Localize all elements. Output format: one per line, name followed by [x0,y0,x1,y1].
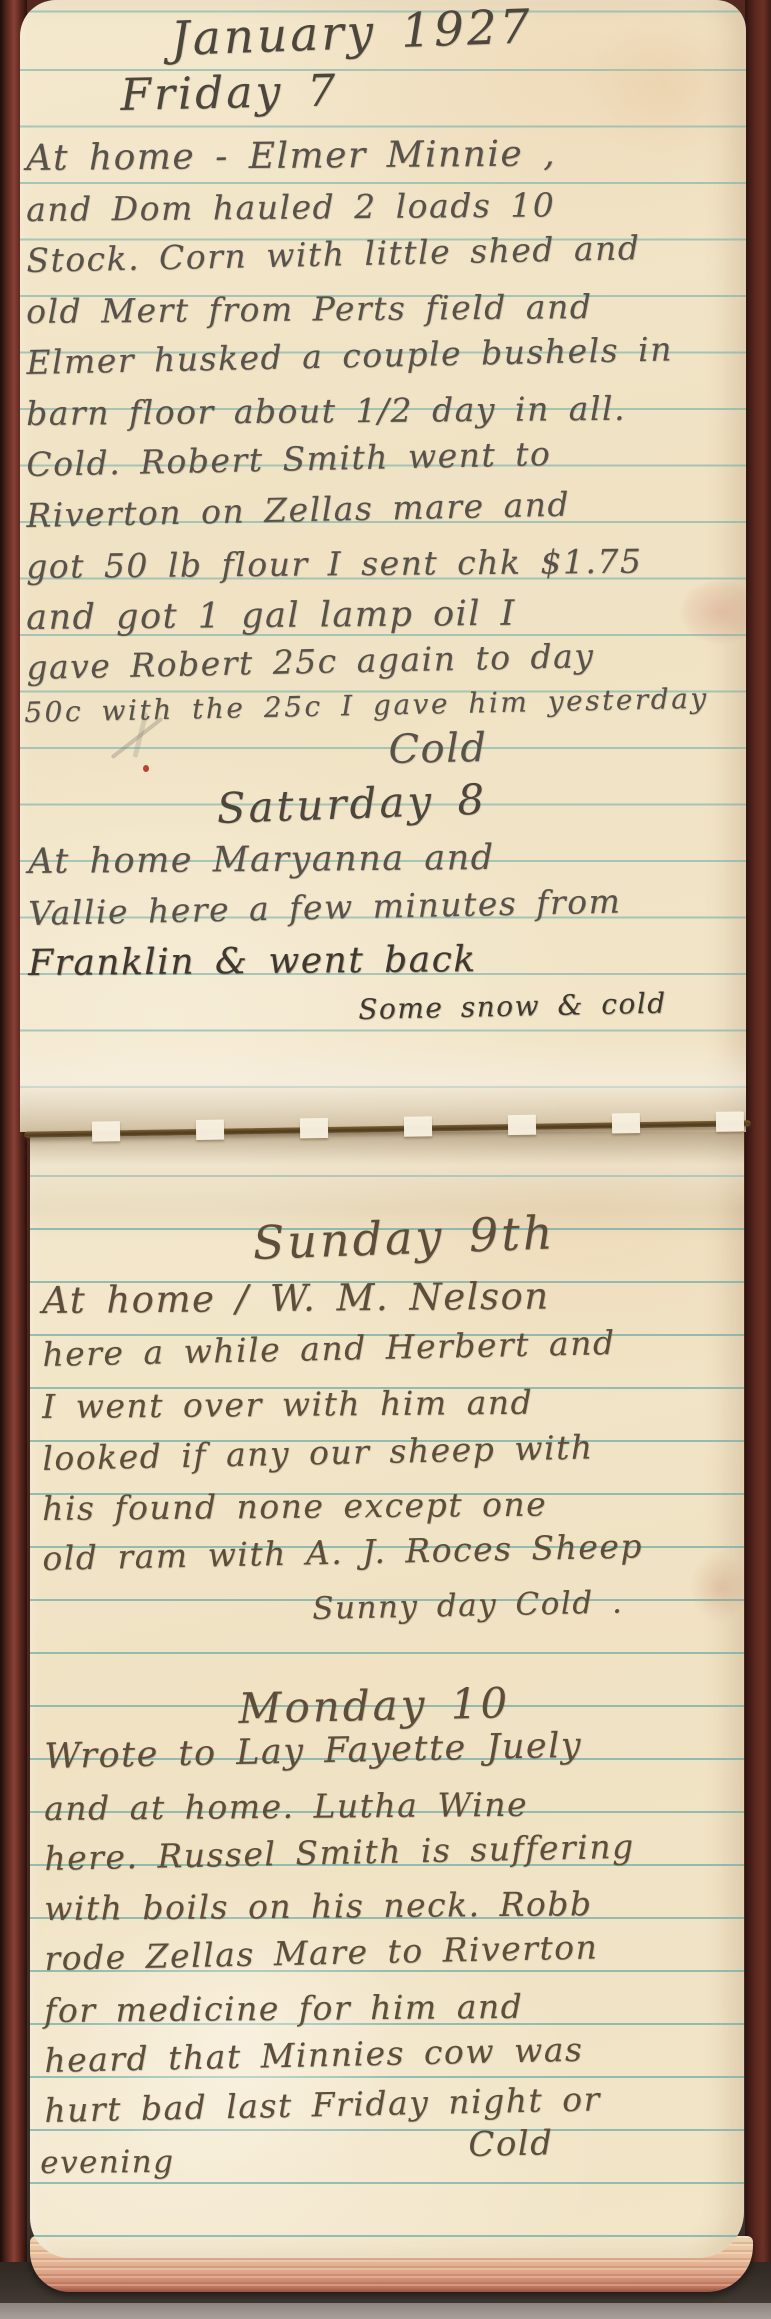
journal-line: old Mert from Perts field and [26,290,593,328]
journal-line: Stock. Corn with little shed and [26,231,641,277]
journal-line: here a while and Herbert and [42,1326,616,1371]
journal-line: Cold. Robert Smith went to [26,437,552,481]
journal-line: 50c with the 25c I gave him yesterday [24,685,709,727]
month-year-heading: January 1927 [170,3,533,63]
journal-line: got 50 lb flour I sent chk $1.75 [26,545,642,583]
journal-line: At home Maryanna and [28,841,495,880]
entry-heading-saturday: Saturday 8 [216,779,488,830]
journal-line: Franklin & went back [28,942,477,982]
entry-heading-friday: Friday 7 [120,69,339,118]
journal-line: old ram with A. J. Roces Sheep [42,1529,643,1575]
journal-line: evening [40,2147,175,2179]
notebook-page-top: January 1927 Friday 7 At home - Elmer Mi… [20,0,746,1132]
weather-note: Some snow & cold [358,990,667,1024]
journal-line: At home - Elmer Minnie , [26,136,556,177]
scanned-diary-photo: { "notebook": { "description": "Handwrit… [0,0,771,2319]
journal-line: here. Russel Smith is suffering [44,1830,635,1875]
cover-right-edge [745,0,771,2296]
journal-line: Wrote to Lay Fayette Juely [44,1729,582,1775]
journal-line: looked if any our sheep with [42,1430,594,1475]
entry-heading-monday: Monday 10 [238,1682,511,1730]
weather-note: Sunny day Cold . [312,1587,624,1625]
red-ink-dot [143,765,149,772]
entry-heading-sunday: Sunday 9th [252,1209,556,1266]
journal-line: Riverton on Zellas mare and [26,488,570,532]
weather-note: Cold [388,728,488,770]
journal-line: Vallie here a few minutes from [28,885,622,930]
journal-line: At home / W. M. Nelson [42,1278,550,1319]
journal-line: for medicine for him and [44,1990,523,2027]
journal-line: I went over with him and [42,1386,533,1423]
journal-line: and got 1 gal lamp oil I [26,597,516,636]
journal-line: barn floor about 1/2 day in all. [26,392,626,430]
journal-line: Elmer husked a couple bushels in [26,332,673,379]
journal-line: and Dom hauled 2 loads 10 [26,188,555,226]
scan-background-strip [0,2303,771,2319]
journal-line: hurt bad last Friday night or [44,2082,601,2127]
paper-stain [580,10,746,160]
journal-line: rode Zellas Mare to Riverton [44,1930,599,1975]
journal-line: gave Robert 25c again to day [26,639,595,684]
journal-line: and at home. Lutha Wine [44,1788,528,1825]
weather-note: Cold [468,2126,554,2162]
journal-line: with boils on his neck. Robb [44,1887,593,1925]
journal-line: heard that Minnies cow was [44,2033,584,2077]
journal-line: his found none except one [42,1488,547,1525]
paper-stain [680,580,746,644]
paper-stain [690,1552,744,1622]
notebook-page-bottom: Sunday 9th At home / W. M. Nelson here a… [30,1132,744,2258]
